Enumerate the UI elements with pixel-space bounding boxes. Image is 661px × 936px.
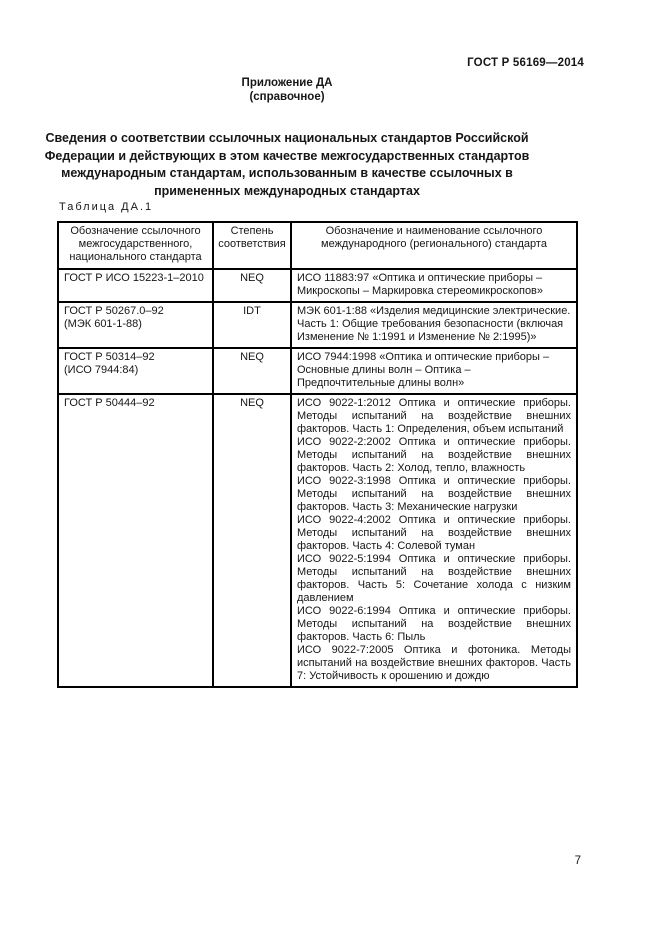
international-standard-text: ИСО 9022-3:1998 Оптика и оптические приб… — [297, 475, 571, 514]
degree-cell: IDT — [213, 302, 291, 348]
table-caption: Таблица ДА.1 — [59, 201, 153, 213]
table-row: ГОСТ Р ИСО 15223-1–2010 NEQ ИСО 11883:97… — [58, 269, 577, 302]
international-standard-text: ИСО 9022-6:1994 Оптика и оптические приб… — [297, 605, 571, 644]
title-line-1: Сведения о соответствии ссылочных национ… — [27, 130, 547, 148]
document-title: Сведения о соответствии ссылочных национ… — [27, 130, 547, 200]
table-row: ГОСТ Р 50314–92 (ИСО 7944:84) NEQ ИСО 79… — [58, 348, 577, 394]
international-standard-cell: ИСО 9022-1:2012 Оптика и оптические приб… — [291, 394, 577, 687]
degree-cell: NEQ — [213, 394, 291, 687]
col-header-degree: Степень соответствия — [213, 222, 291, 269]
international-standard-text: ИСО 9022-2:2002 Оптика и оптические приб… — [297, 436, 571, 475]
page-number: 7 — [0, 855, 581, 867]
annex-heading: Приложение ДА (справочное) — [47, 76, 527, 104]
international-standard-cell: ИСО 11883:97 «Оптика и оптические прибор… — [291, 269, 577, 302]
doc-code: ГОСТ Р 56169—2014 — [0, 57, 584, 69]
national-standard-code: ГОСТ Р 50314–92 — [64, 351, 207, 364]
col-header-national-standard: Обозначение ссылочного межгосударственно… — [58, 222, 213, 269]
international-standard-text: ИСО 7944:1998 «Оптика и оптические прибо… — [297, 351, 571, 390]
standards-correspondence-table: Обозначение ссылочного межгосударственно… — [57, 221, 578, 688]
national-standard-cell: ГОСТ Р ИСО 15223-1–2010 — [58, 269, 213, 302]
title-line-2: Федерации и действующих в этом качестве … — [27, 148, 547, 166]
degree-cell: NEQ — [213, 269, 291, 302]
international-standard-text: МЭК 601-1:88 «Изделия медицинские электр… — [297, 305, 571, 344]
title-line-3: международным стандартам, использованным… — [27, 165, 547, 183]
national-standard-cell: ГОСТ Р 50314–92 (ИСО 7944:84) — [58, 348, 213, 394]
national-standard-cell: ГОСТ Р 50267.0–92 (МЭК 601-1-88) — [58, 302, 213, 348]
international-standard-text: ИСО 11883:97 «Оптика и оптические прибор… — [297, 272, 571, 298]
national-standard-note: (ИСО 7944:84) — [64, 364, 207, 377]
national-standard-cell: ГОСТ Р 50444–92 — [58, 394, 213, 687]
annex-title: Приложение ДА — [47, 76, 527, 90]
international-standard-text: ИСО 9022-7:2005 Оптика и фотоника. Метод… — [297, 644, 571, 683]
international-standard-text: ИСО 9022-4:2002 Оптика и оптические приб… — [297, 514, 571, 553]
international-standard-cell: МЭК 601-1:88 «Изделия медицинские электр… — [291, 302, 577, 348]
col-header-international-standard: Обозначение и наименование ссылочного ме… — [291, 222, 577, 269]
international-standard-text: ИСО 9022-1:2012 Оптика и оптические приб… — [297, 397, 571, 436]
table-header-row: Обозначение ссылочного межгосударственно… — [58, 222, 577, 269]
international-standard-cell: ИСО 7944:1998 «Оптика и оптические прибо… — [291, 348, 577, 394]
annex-subtitle: (справочное) — [47, 90, 527, 104]
document-page: ГОСТ Р 56169—2014 Приложение ДА (справоч… — [0, 0, 661, 936]
international-standard-text: ИСО 9022-5:1994 Оптика и оптические приб… — [297, 553, 571, 605]
degree-cell: NEQ — [213, 348, 291, 394]
national-standard-code: ГОСТ Р 50267.0–92 — [64, 305, 207, 318]
table-row: ГОСТ Р 50444–92 NEQ ИСО 9022-1:2012 Опти… — [58, 394, 577, 687]
title-line-4: примененных международных стандартах — [27, 183, 547, 201]
national-standard-code: ГОСТ Р 50444–92 — [64, 397, 207, 410]
national-standard-note: (МЭК 601-1-88) — [64, 318, 207, 331]
table-row: ГОСТ Р 50267.0–92 (МЭК 601-1-88) IDT МЭК… — [58, 302, 577, 348]
national-standard-code: ГОСТ Р ИСО 15223-1–2010 — [64, 272, 207, 285]
